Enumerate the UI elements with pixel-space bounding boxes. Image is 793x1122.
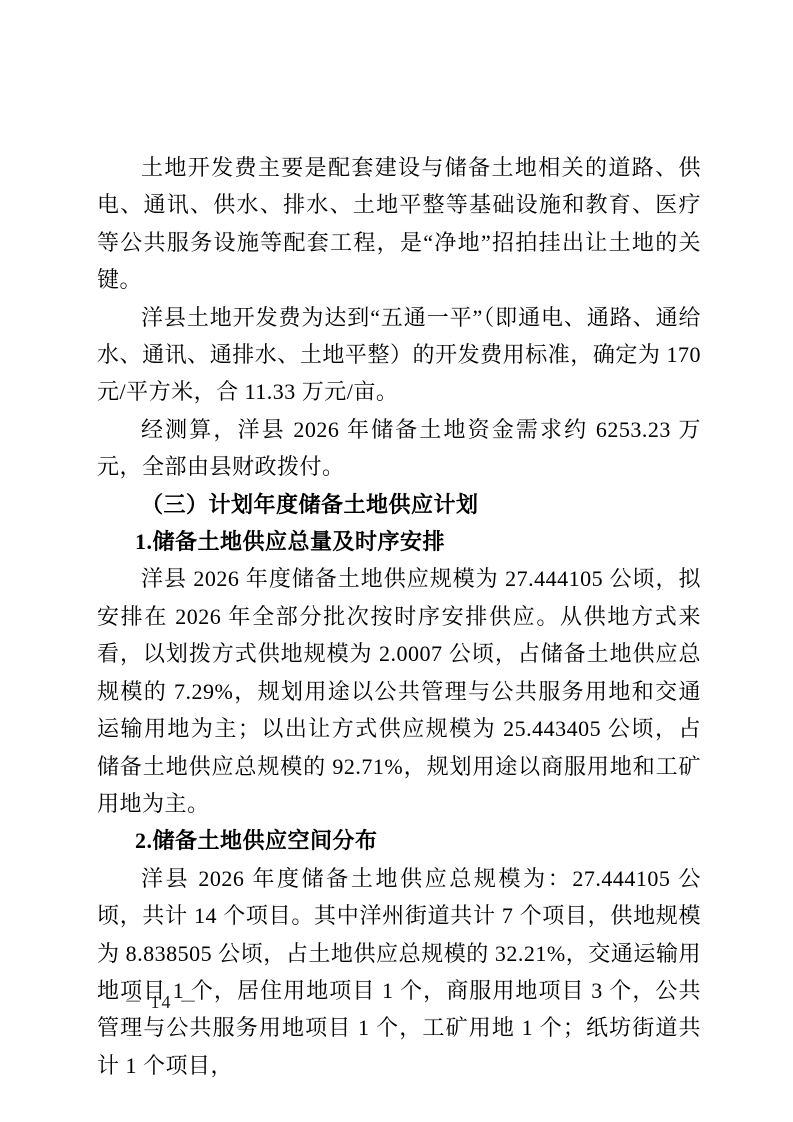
page-number: － 14 － [124, 991, 199, 1013]
heading-sub-2-spatial-distribution: 2.储备土地供应空间分布 [97, 822, 701, 859]
heading-section-three-supply-plan: （三）计划年度储备土地供应计划 [97, 486, 701, 523]
document-page: 土地开发费主要是配套建设与储备土地相关的道路、供电、通讯、供水、排水、土地平整等… [0, 0, 793, 1122]
paragraph-spatial-distribution-detail: 洋县 2026 年度储备土地供应总规模为：27.444105 公顷，共计 14 … [97, 860, 701, 1084]
paragraph-five-connections-standard: 洋县土地开发费为达到“五通一平”（即通电、通路、通给水、通讯、通排水、土地平整）… [97, 299, 701, 411]
heading-sub-1-supply-total-and-schedule: 1.储备土地供应总量及时序安排 [97, 523, 701, 560]
paragraph-land-development-fee: 土地开发费主要是配套建设与储备土地相关的道路、供电、通讯、供水、排水、土地平整等… [97, 149, 701, 299]
paragraph-fund-requirement: 经测算，洋县 2026 年储备土地资金需求约 6253.23 万元，全部由县财政… [97, 411, 701, 486]
document-body: 土地开发费主要是配套建设与储备土地相关的道路、供电、通讯、供水、排水、土地平整等… [97, 149, 701, 1084]
paragraph-supply-scale-and-modes: 洋县 2026 年度储备土地供应规模为 27.444105 公顷，拟安排在 20… [97, 560, 701, 822]
